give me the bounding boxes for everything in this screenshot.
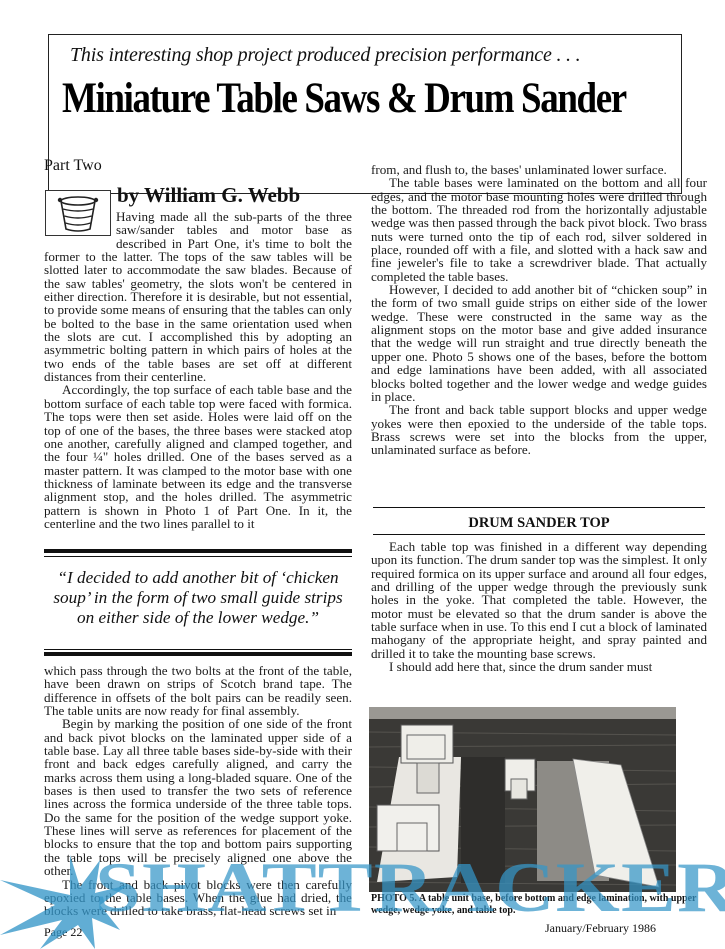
right-column-bottom: Each table top was finished in a differe…	[371, 540, 707, 673]
pull-quote-rule-top	[44, 549, 352, 553]
page-number: Page 22	[44, 925, 82, 940]
paragraph: Each table top was finished in a differe…	[371, 540, 707, 660]
pull-quote-rule-bottom	[44, 652, 352, 656]
paragraph: Accordingly, the top surface of each tab…	[44, 383, 352, 530]
paragraph: However, I decided to add another bit of…	[371, 283, 707, 403]
byline: by William G. Webb	[117, 183, 300, 208]
part-label: Part Two	[44, 157, 102, 175]
pull-quote-rule-bottom-thin	[44, 649, 352, 650]
paragraph: from, and flush to, the bases' unlaminat…	[371, 163, 707, 176]
section-heading: DRUM SANDER TOP	[373, 515, 705, 532]
section-rule-bottom	[373, 534, 705, 535]
paragraph: The front and back table support blocks …	[371, 403, 707, 456]
paragraph: The table bases were laminated on the bo…	[371, 176, 707, 283]
watermark-text: SHATTRACKER.RU	[95, 853, 725, 924]
left-column-top: Having made all the sub-parts of the thr…	[44, 210, 352, 530]
headline: Miniature Table Saws & Drum Sander	[62, 74, 626, 123]
right-column-top: from, and flush to, the bases' unlaminat…	[371, 163, 707, 457]
section-rule-top	[373, 507, 705, 508]
pull-quote-rule-top-thin	[44, 556, 352, 557]
paragraph: I should add here that, since the drum s…	[371, 660, 707, 673]
kicker: This interesting shop project produced p…	[70, 44, 580, 67]
pull-quote: “I decided to add another bit of ‘chicke…	[44, 568, 352, 628]
paragraph: which pass through the two bolts at the …	[44, 664, 352, 717]
